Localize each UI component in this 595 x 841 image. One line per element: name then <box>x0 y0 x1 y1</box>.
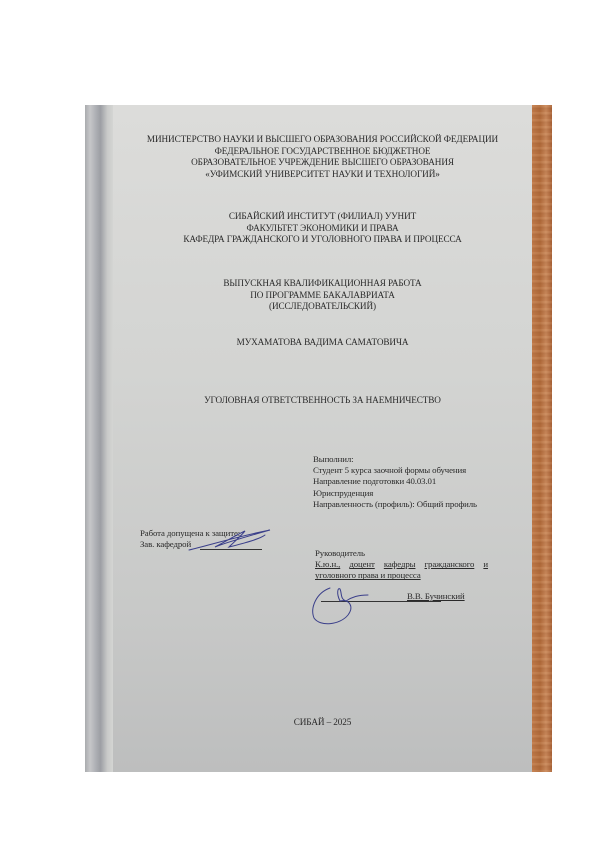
work-type-line: ВЫПУСКНАЯ КВАЛИФИКАЦИОННАЯ РАБОТА <box>113 278 532 290</box>
header-line: ОБРАЗОВАТЕЛЬНОЕ УЧРЕЖДЕНИЕ ВЫСШЕГО ОБРАЗ… <box>113 157 532 169</box>
institute-block: СИБАЙСКИЙ ИНСТИТУТ (ФИЛИАЛ) УУНИТ ФАКУЛЬ… <box>113 211 532 246</box>
institute-line: КАФЕДРА ГРАЖДАНСКОГО И УГОЛОВНОГО ПРАВА … <box>113 234 532 246</box>
header-line: МИНИСТЕРСТВО НАУКИ И ВЫСШЕГО ОБРАЗОВАНИЯ… <box>113 134 532 146</box>
supervisor-label: Руководитель <box>315 548 488 559</box>
ministry-header: МИНИСТЕРСТВО НАУКИ И ВЫСШЕГО ОБРАЗОВАНИЯ… <box>113 134 532 180</box>
work-type-line: ПО ПРОГРАММЕ БАКАЛАВРИАТА <box>113 290 532 302</box>
title-page-paper: МИНИСТЕРСТВО НАУКИ И ВЫСШЕГО ОБРАЗОВАНИЯ… <box>85 105 532 772</box>
word: и <box>483 559 488 570</box>
word: К.ю.н., <box>315 559 340 570</box>
supervisor-position-line1: К.ю.н., доцент кафедры гражданского и <box>315 559 488 570</box>
page-binding <box>85 105 113 772</box>
supervisor-position-line2: уголовного права и процесса <box>315 570 488 581</box>
performed-by-line: Выполнил: <box>313 454 477 465</box>
supervisor-block: Руководитель К.ю.н., доцент кафедры граж… <box>315 548 488 582</box>
document-photo: МИНИСТЕРСТВО НАУКИ И ВЫСШЕГО ОБРАЗОВАНИЯ… <box>85 105 552 772</box>
header-line: «УФИМСКИЙ УНИВЕРСИТЕТ НАУКИ И ТЕХНОЛОГИЙ… <box>113 169 532 181</box>
header-line: ФЕДЕРАЛЬНОЕ ГОСУДАРСТВЕННОЕ БЮДЖЕТНОЕ <box>113 146 532 158</box>
city-year: СИБАЙ – 2025 <box>113 717 532 729</box>
work-type-line: (ИССЛЕДОВАТЕЛЬСКИЙ) <box>113 301 532 313</box>
institute-line: ФАКУЛЬТЕТ ЭКОНОМИКИ И ПРАВА <box>113 223 532 235</box>
thesis-title: УГОЛОВНАЯ ОТВЕТСТВЕННОСТЬ ЗА НАЕМНИЧЕСТВ… <box>113 395 532 407</box>
word: доцент <box>349 559 374 570</box>
performed-by-block: Выполнил: Студент 5 курса заочной формы … <box>313 454 477 510</box>
performed-by-line: Юриспруденция <box>313 488 477 499</box>
author-name: МУХАМАТОВА ВАДИМА САМАТОВИЧА <box>113 337 532 349</box>
performed-by-line: Направленность (профиль): Общий профиль <box>313 499 477 510</box>
head-of-department-signature <box>185 525 275 555</box>
supervisor-name: В.В. Бучинский <box>407 591 465 603</box>
performed-by-line: Направление подготовки 40.03.01 <box>313 476 477 487</box>
wooden-background <box>532 105 552 772</box>
performed-by-line: Студент 5 курса заочной формы обучения <box>313 465 477 476</box>
institute-line: СИБАЙСКИЙ ИНСТИТУТ (ФИЛИАЛ) УУНИТ <box>113 211 532 223</box>
work-type-block: ВЫПУСКНАЯ КВАЛИФИКАЦИОННАЯ РАБОТА ПО ПРО… <box>113 278 532 313</box>
word: кафедры <box>384 559 416 570</box>
supervisor-signature <box>310 583 370 628</box>
word: гражданского <box>425 559 475 570</box>
